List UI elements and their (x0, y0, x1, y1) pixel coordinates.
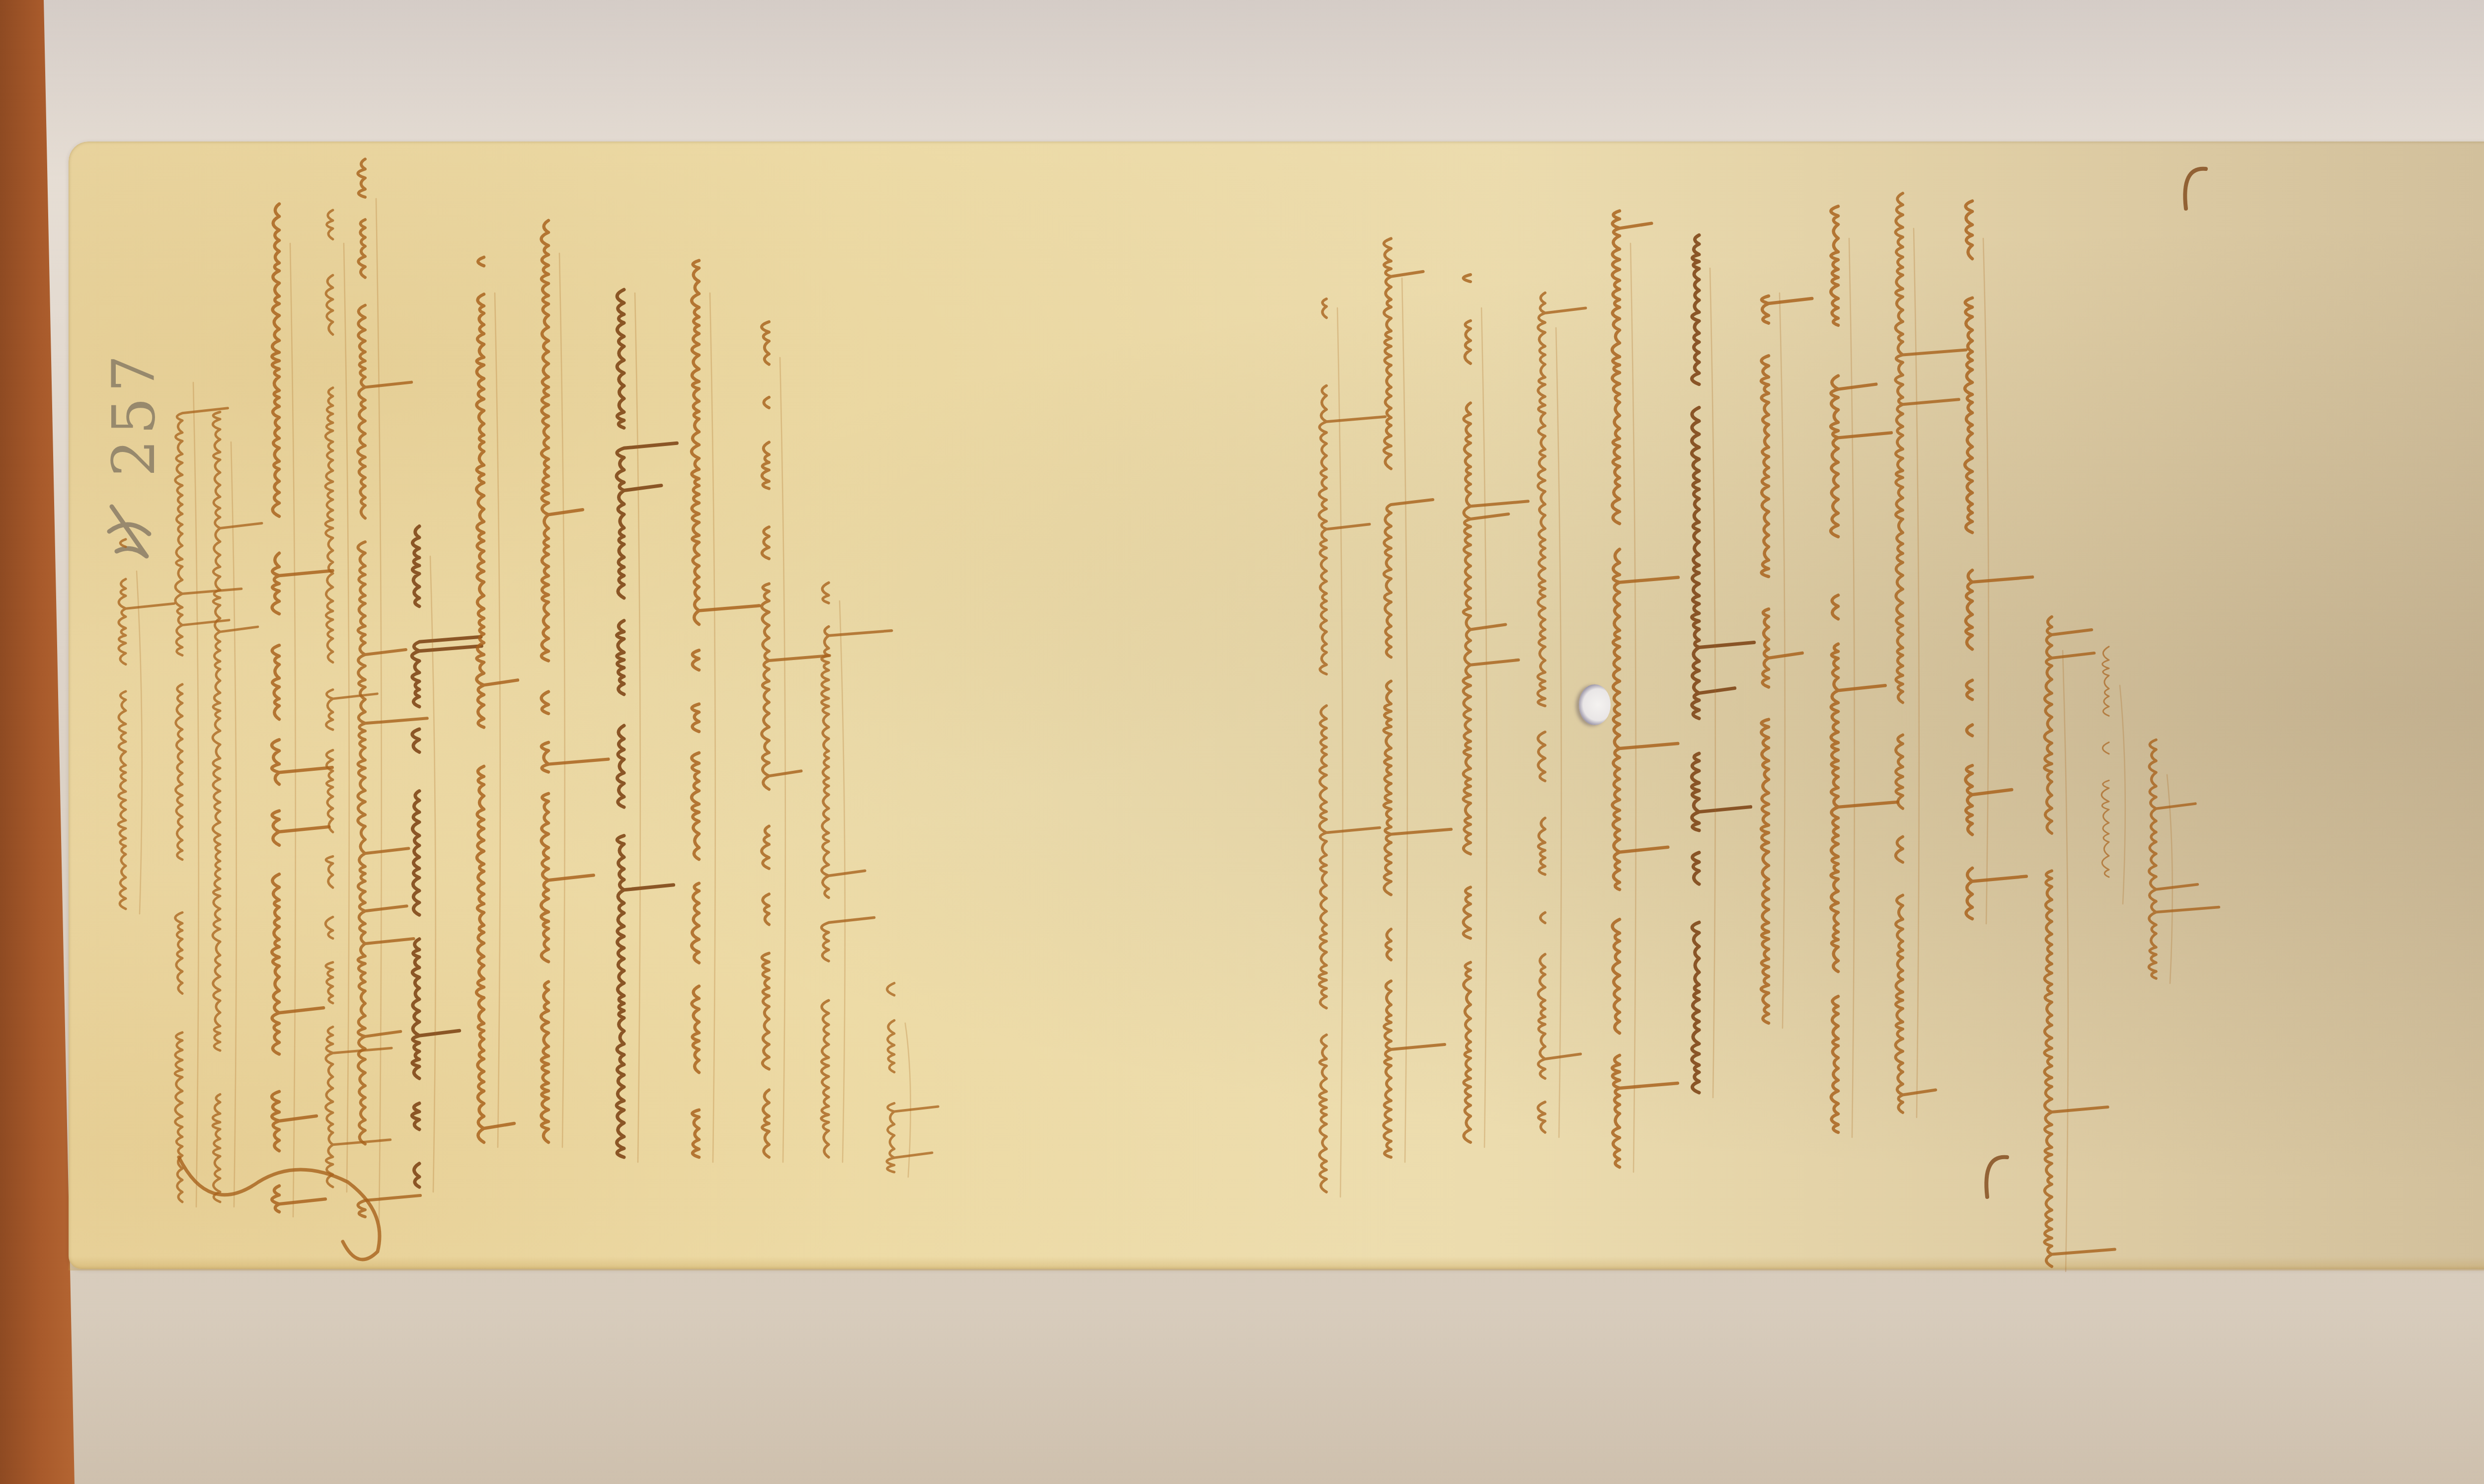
main-body-right-block (1319, 193, 2115, 1271)
handwritten-line (412, 526, 481, 1187)
photo-stage: 257 (0, 0, 2484, 1484)
initial-flourish (179, 1157, 380, 1260)
handwritten-line (272, 204, 332, 1212)
handwritten-line (118, 539, 174, 909)
handwritten-line (1761, 261, 1812, 1023)
handwritten-line (1612, 211, 1678, 1167)
handwritten-line (821, 546, 892, 1157)
handwritten-line (1692, 235, 1754, 1093)
handwritten-line (1319, 266, 1385, 1192)
main-body-left-block (118, 159, 938, 1222)
handwritten-line (2101, 647, 2109, 877)
handwritten-line (541, 221, 608, 1142)
handwritten-line (692, 261, 759, 1157)
ink-hook-mark (1986, 1157, 2007, 1197)
handwritten-line (1463, 275, 1528, 1142)
ink-hook-mark (2185, 169, 2206, 209)
handwritten-line (1384, 238, 1451, 1157)
handwritten-line (213, 412, 262, 1202)
handwritten-line (1965, 201, 2032, 919)
paper-wormhole (1579, 684, 1611, 725)
handwritten-text-layer (0, 0, 2484, 1484)
handwritten-line (1895, 193, 1966, 1113)
closing-and-signature-block (2101, 647, 2484, 1108)
handwritten-line (2149, 740, 2219, 978)
handwritten-line (887, 983, 938, 1172)
handwritten-line (762, 322, 830, 1157)
handwritten-line (617, 253, 677, 1157)
handwritten-line (1831, 206, 1898, 1132)
